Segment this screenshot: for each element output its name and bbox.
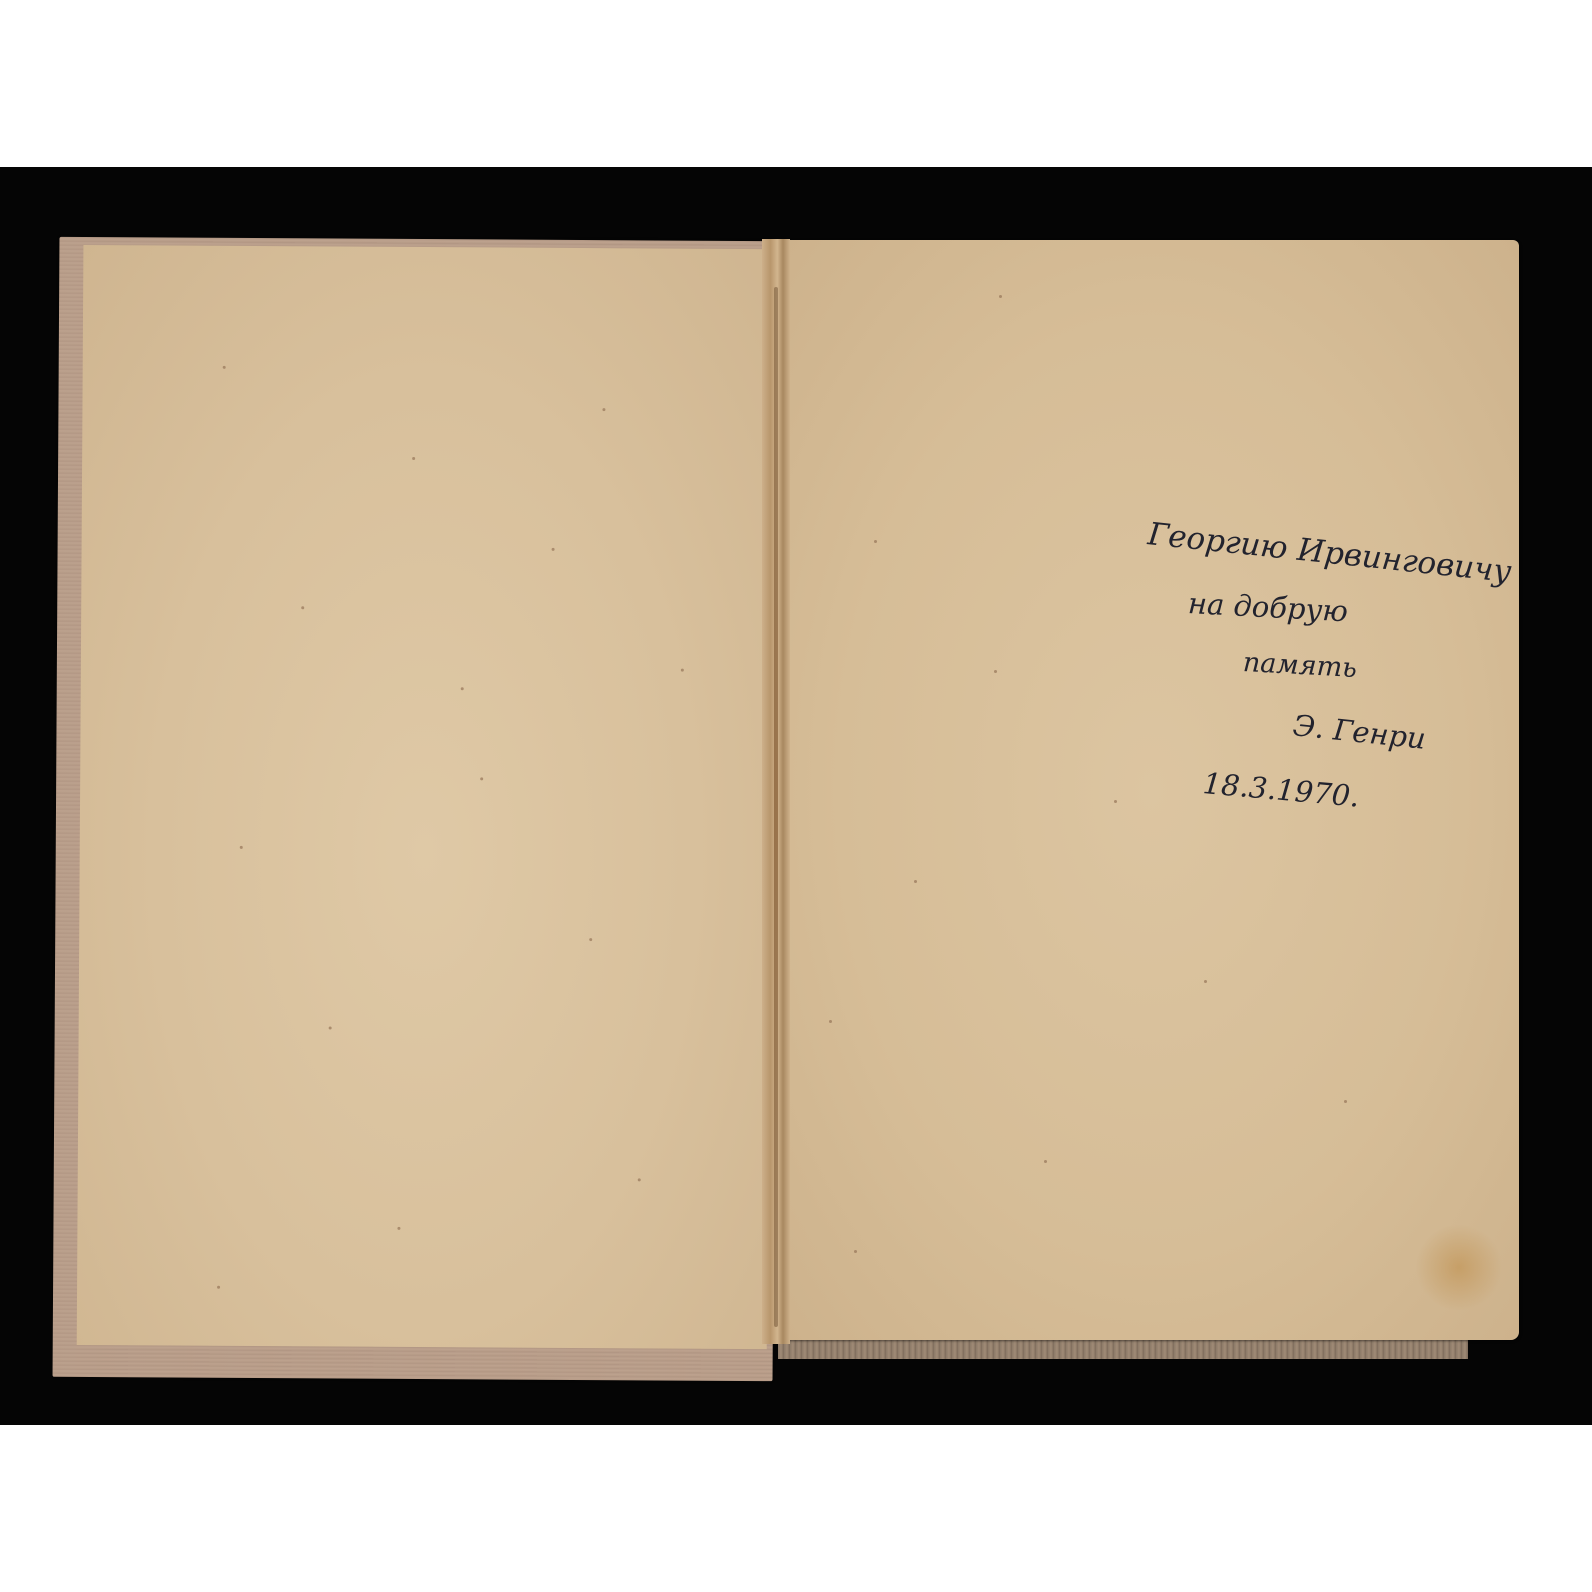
foxing-stain <box>1414 1225 1504 1310</box>
paper-speck <box>994 670 997 673</box>
paper-speck <box>412 457 415 460</box>
paper-speck <box>301 606 304 609</box>
paper-speck <box>999 295 1002 298</box>
paper-speck <box>480 777 483 780</box>
paper-speck <box>329 1026 332 1029</box>
paper-speck <box>240 846 243 849</box>
right-endpaper <box>784 240 1519 1340</box>
torn-hinge <box>774 287 778 1327</box>
paper-speck <box>914 880 917 883</box>
left-endpaper <box>77 245 774 1349</box>
paper-speck <box>638 1178 641 1181</box>
paper-speck <box>1114 800 1117 803</box>
paper-speck <box>552 548 555 551</box>
paper-speck <box>1344 1100 1347 1103</box>
paper-speck <box>829 1020 832 1023</box>
paper-speck <box>461 687 464 690</box>
paper-speck <box>854 1250 857 1253</box>
left-cover-board <box>53 237 780 1381</box>
paper-speck <box>397 1227 400 1230</box>
paper-speck <box>681 669 684 672</box>
paper-speck <box>1044 1160 1047 1163</box>
paper-speck <box>1204 980 1207 983</box>
paper-speck <box>223 366 226 369</box>
book-photograph: Георгию Ирвинговичу на добрую память Э. … <box>0 167 1592 1425</box>
paper-speck <box>602 408 605 411</box>
paper-speck <box>589 938 592 941</box>
paper-speck <box>874 540 877 543</box>
inscription-line-3: память <box>1242 649 1357 682</box>
inscription-line-2: на добрую <box>1187 589 1348 626</box>
paper-speck <box>217 1286 220 1289</box>
